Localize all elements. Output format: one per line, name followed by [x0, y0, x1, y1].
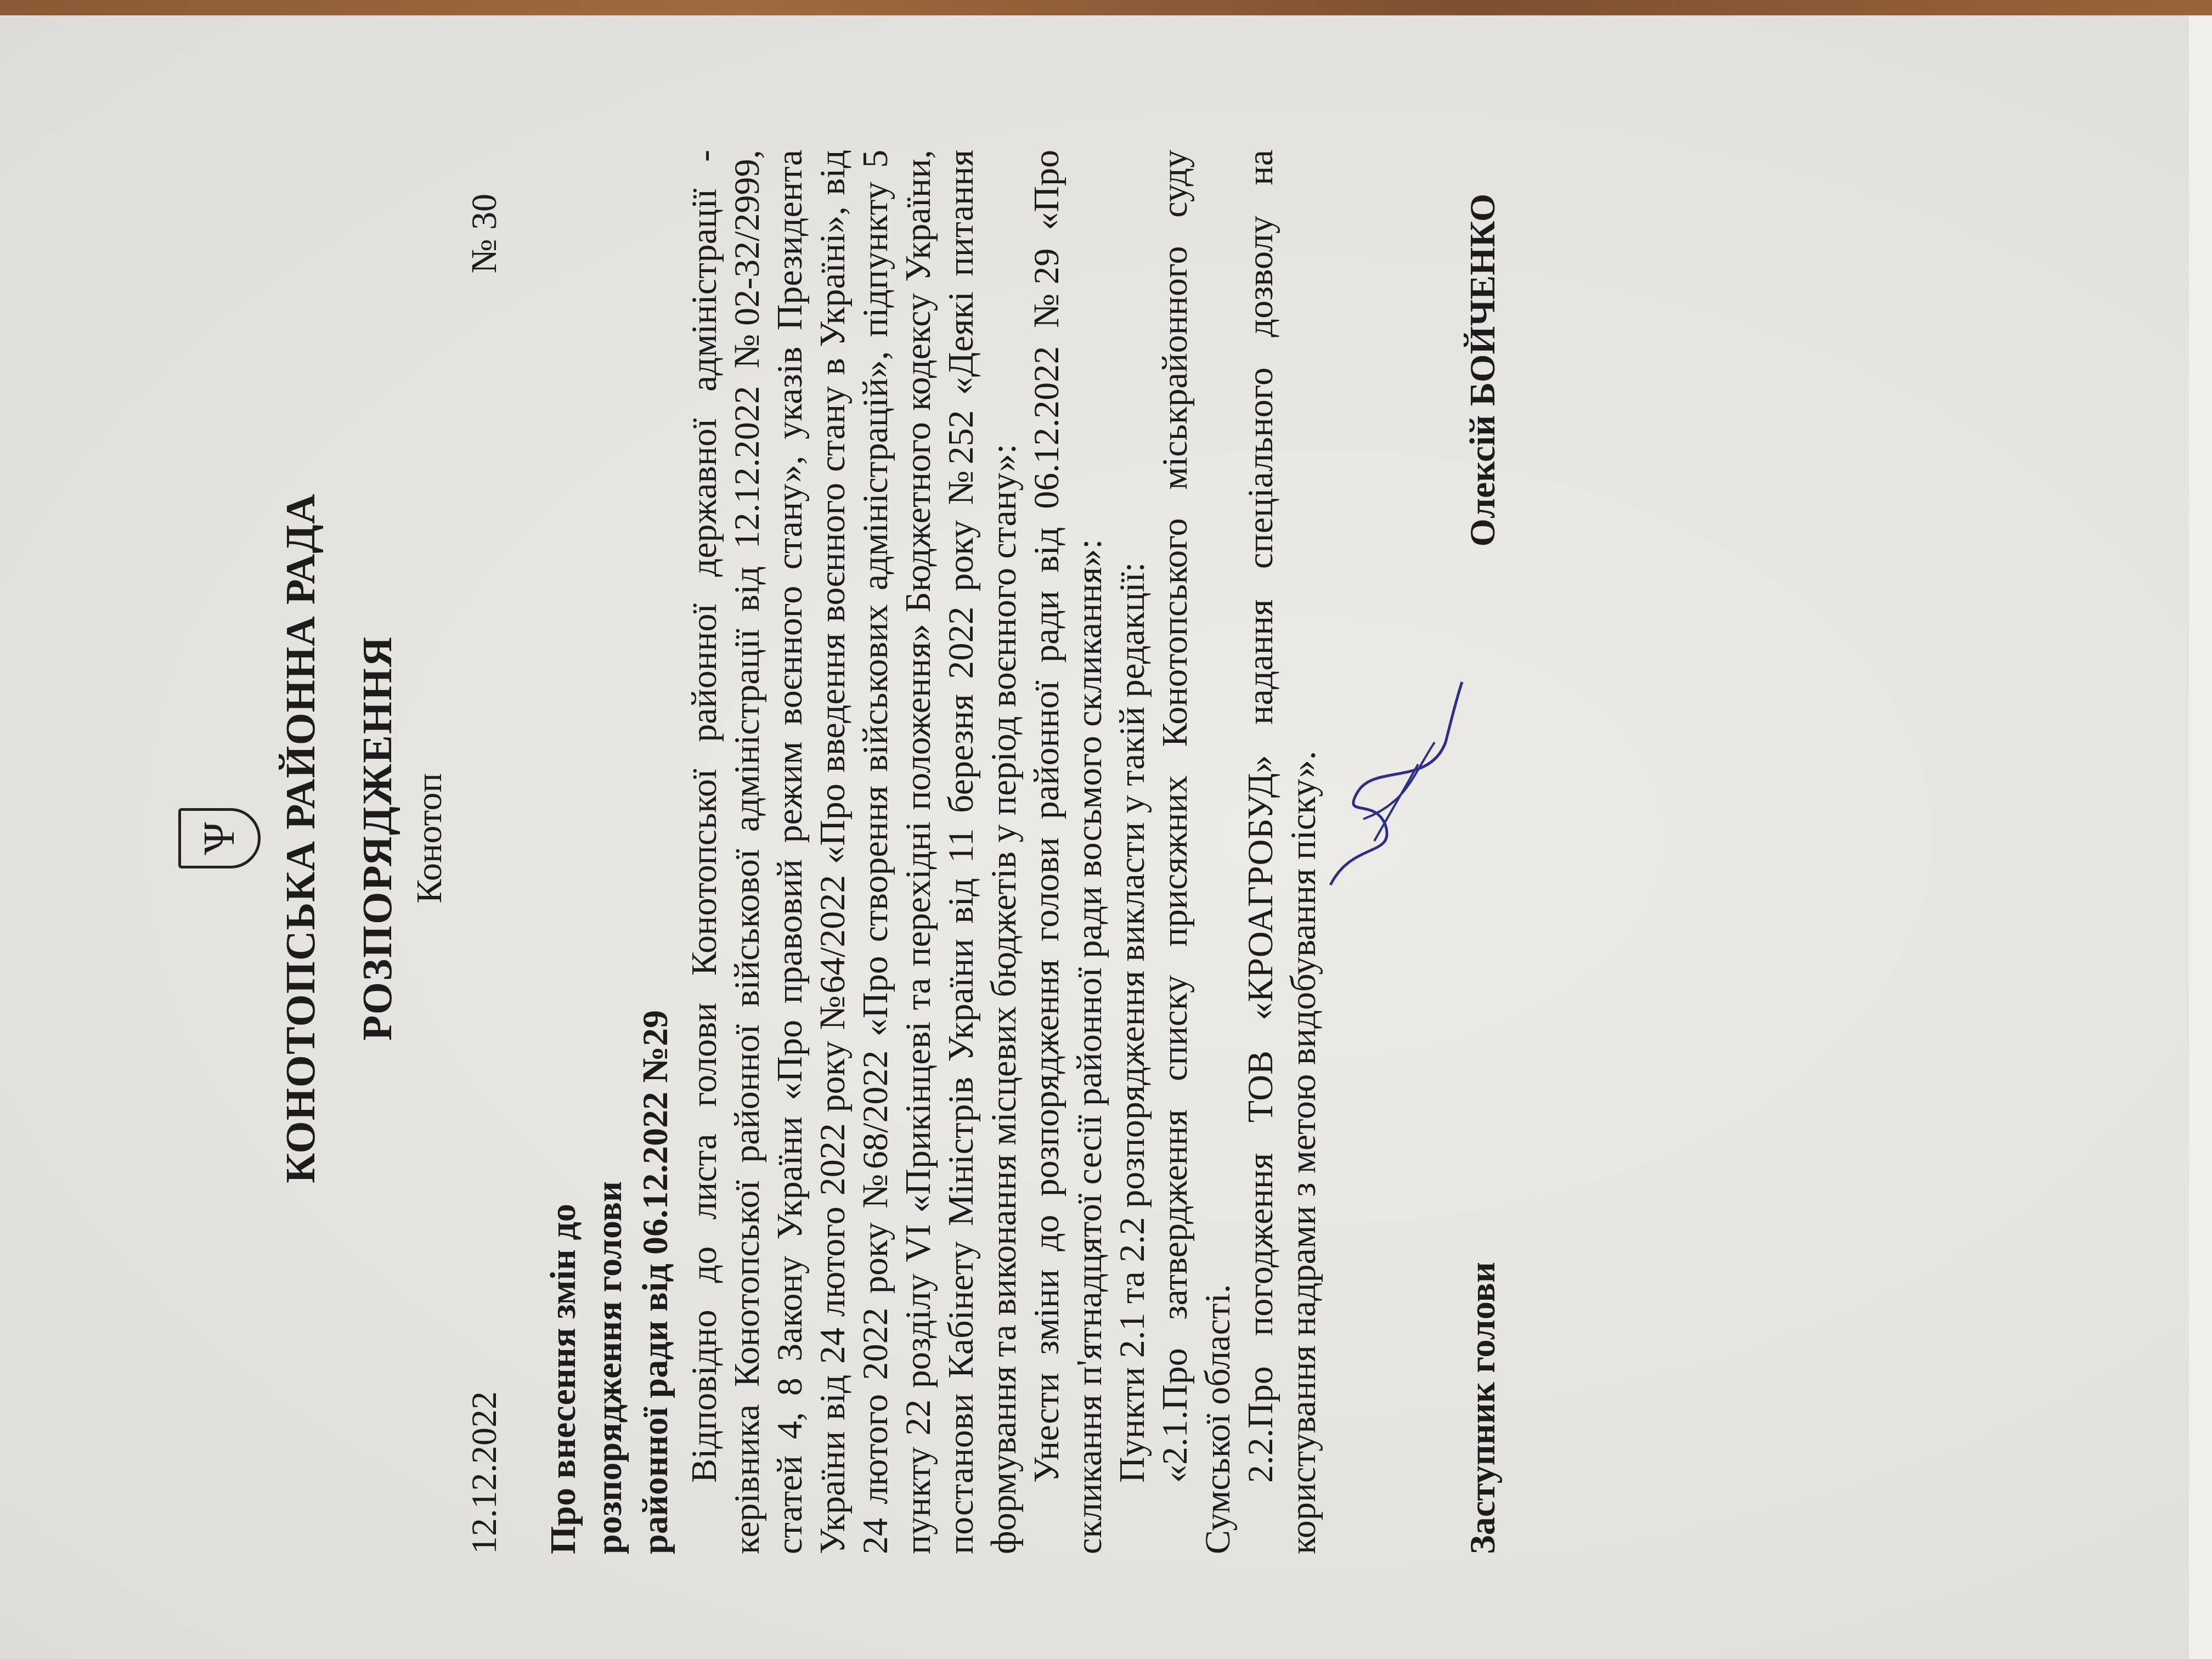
paragraph: Пункти 2.1 та 2.2 розпорядження викласти… [1111, 150, 1154, 1554]
document-sheet: Ѱ КОНОТОПСЬКА РАЙОННА РАДА РОЗПОРЯДЖЕННЯ… [47, 29, 2164, 1647]
council-name: КОНОТОПСЬКА РАЙОННА РАДА [277, 29, 325, 1647]
document-number: № 30 [464, 194, 505, 273]
subject: Про внесення змін до розпорядження голов… [540, 1010, 679, 1554]
city: Конотоп [409, 29, 450, 1647]
paragraph: «2.1.Про затвердження списку присяжних К… [1154, 150, 1239, 1554]
wooden-table-edge [0, 0, 2212, 15]
handwritten-signature [1308, 676, 1473, 907]
paragraph: Унести зміни до розпорядження голови рай… [1025, 150, 1111, 1554]
subject-line: Про внесення змін до [540, 1010, 586, 1554]
document-body: Відповідно до листа голови Конотопської … [683, 150, 1325, 1554]
subject-line: розпорядження голови [586, 1010, 633, 1554]
document-date: 12.12.2022 [464, 1391, 505, 1554]
signer-title: Заступник голови [1462, 1262, 1504, 1554]
document-photo: Ѱ КОНОТОПСЬКА РАЙОННА РАДА РОЗПОРЯДЖЕННЯ… [0, 15, 2189, 1659]
document-type: РОЗПОРЯДЖЕННЯ [354, 29, 402, 1647]
trident-coat-of-arms-icon: Ѱ [178, 808, 261, 868]
subject-line: районної ради від 06.12.2022 №29 [633, 1010, 679, 1554]
paragraph: Відповідно до листа голови Конотопської … [683, 150, 1025, 1554]
signer-name: Олексій БОЙЧЕНКО [1462, 194, 1504, 546]
